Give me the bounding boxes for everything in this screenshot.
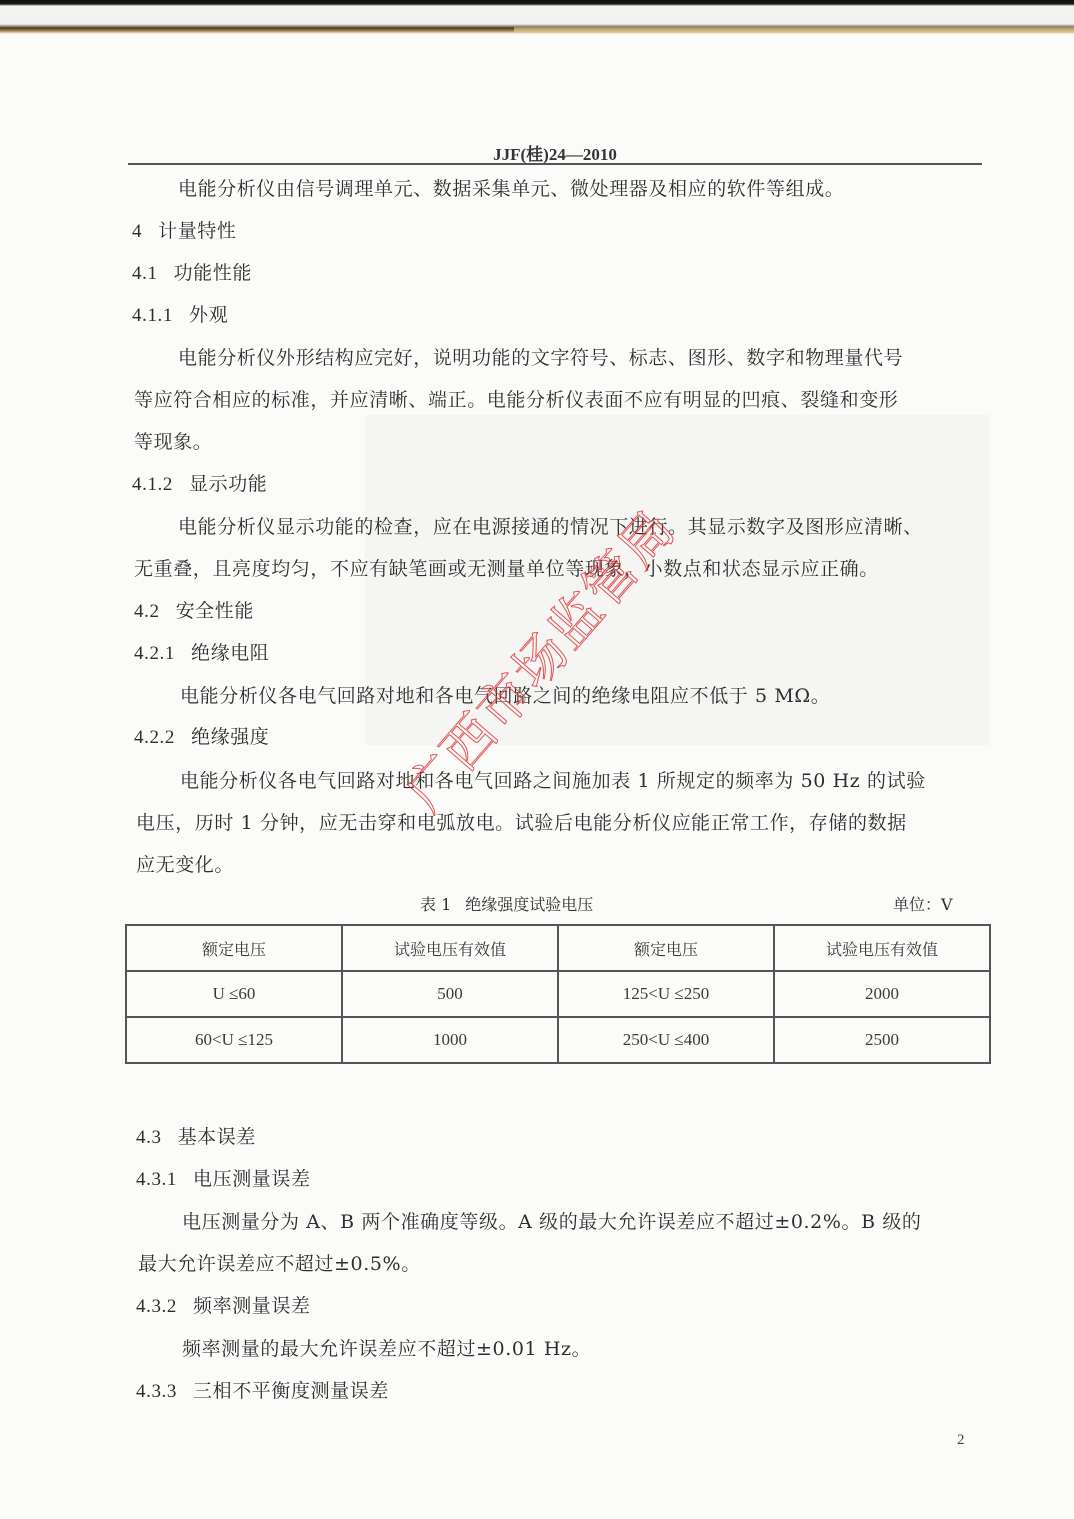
table-header-row: 额定电压 试验电压有效值 额定电压 试验电压有效值 bbox=[126, 925, 990, 971]
section-number: 4.3 bbox=[136, 1127, 162, 1149]
section-title: 绝缘电阻 bbox=[191, 642, 269, 664]
section-number: 4.1.1 bbox=[132, 305, 173, 327]
table-row: U ≤60 500 125<U ≤250 2000 bbox=[126, 971, 990, 1017]
voltage-error-paragraph-line-2: 最大允许误差应不超过±0.5%。 bbox=[138, 1249, 421, 1276]
section-4-1-1-heading: 4.1.1外观 bbox=[132, 300, 228, 327]
appearance-paragraph-line-2: 等应符合相应的标准，并应清晰、端正。电能分析仪表面不应有明显的凹痕、裂缝和变形 bbox=[134, 385, 898, 412]
table-cell: 500 bbox=[342, 971, 558, 1017]
table-cell: 250<U ≤400 bbox=[558, 1017, 774, 1063]
table-1-caption: 表 1绝缘强度试验电压 bbox=[420, 892, 593, 915]
section-number: 4.2.1 bbox=[134, 643, 175, 665]
appearance-paragraph-line-1: 电能分析仪外形结构应完好，说明功能的文字符号、标志、图形、数字和物理量代号 bbox=[178, 343, 903, 370]
insulation-strength-paragraph-line-3: 应无变化。 bbox=[136, 850, 234, 877]
voltage-error-paragraph-line-1: 电压测量分为 A、B 两个准确度等级。A 级的最大允许误差应不超过±0.2%。B… bbox=[182, 1207, 922, 1234]
table-caption-number: 表 1 bbox=[420, 895, 451, 914]
table-cell: 2000 bbox=[774, 971, 990, 1017]
table-header-cell: 试验电压有效值 bbox=[342, 925, 558, 971]
insulation-strength-table: 额定电压 试验电压有效值 额定电压 试验电压有效值 U ≤60 500 125<… bbox=[125, 924, 991, 1064]
table-cell: U ≤60 bbox=[126, 971, 342, 1017]
table-row: 60<U ≤125 1000 250<U ≤400 2500 bbox=[126, 1017, 990, 1063]
section-title: 外观 bbox=[189, 304, 228, 326]
section-title: 三相不平衡度测量误差 bbox=[193, 1380, 389, 1402]
section-title: 显示功能 bbox=[189, 473, 267, 495]
display-paragraph-line-1: 电能分析仪显示功能的检查，应在电源接通的情况下进行。其显示数字及图形应清晰、 bbox=[178, 512, 923, 539]
table-cell: 125<U ≤250 bbox=[558, 971, 774, 1017]
section-title: 基本误差 bbox=[178, 1126, 256, 1148]
scan-edge-tint bbox=[514, 0, 1074, 34]
section-4-2-2-heading: 4.2.2绝缘强度 bbox=[134, 722, 269, 749]
section-title: 绝缘强度 bbox=[191, 726, 269, 748]
table-header-cell: 额定电压 bbox=[558, 925, 774, 971]
section-title: 频率测量误差 bbox=[193, 1295, 311, 1317]
table-cell: 1000 bbox=[342, 1017, 558, 1063]
intro-paragraph: 电能分析仪由信号调理单元、数据采集单元、微处理器及相应的软件等组成。 bbox=[178, 174, 844, 201]
section-title: 功能性能 bbox=[174, 262, 252, 284]
section-number: 4.1 bbox=[132, 263, 158, 285]
section-number: 4.3.3 bbox=[136, 1381, 177, 1403]
section-4-3-1-heading: 4.3.1电压测量误差 bbox=[136, 1164, 311, 1191]
section-4-2-heading: 4.2安全性能 bbox=[134, 596, 254, 623]
section-4-3-2-heading: 4.3.2频率测量误差 bbox=[136, 1291, 311, 1318]
table-cell: 60<U ≤125 bbox=[126, 1017, 342, 1063]
section-4-2-1-heading: 4.2.1绝缘电阻 bbox=[134, 638, 269, 665]
section-4-heading: 4计量特性 bbox=[132, 216, 237, 243]
header-rule bbox=[128, 163, 982, 165]
section-number: 4.2 bbox=[134, 601, 160, 623]
table-header-cell: 额定电压 bbox=[126, 925, 342, 971]
appearance-paragraph-line-3: 等现象。 bbox=[134, 427, 212, 454]
section-number: 4.2.2 bbox=[134, 727, 175, 749]
section-4-3-heading: 4.3基本误差 bbox=[136, 1122, 256, 1149]
section-4-1-2-heading: 4.1.2显示功能 bbox=[132, 469, 267, 496]
insulation-strength-paragraph-line-1: 电能分析仪各电气回路对地和各电气回路之间施加表 1 所规定的频率为 50 Hz … bbox=[180, 766, 926, 793]
section-number: 4.1.2 bbox=[132, 474, 173, 496]
table-1-unit: 单位：V bbox=[893, 892, 953, 915]
section-title: 计量特性 bbox=[158, 220, 236, 242]
section-title: 电压测量误差 bbox=[193, 1168, 311, 1190]
display-paragraph-line-2: 无重叠，且亮度均匀，不应有缺笔画或无测量单位等现象，小数点和状态显示应正确。 bbox=[134, 554, 879, 581]
insulation-resistance-paragraph: 电能分析仪各电气回路对地和各电气回路之间的绝缘电阻应不低于 5 MΩ。 bbox=[180, 681, 830, 708]
frequency-error-paragraph: 频率测量的最大允许误差应不超过±0.01 Hz。 bbox=[182, 1334, 591, 1361]
section-4-1-heading: 4.1功能性能 bbox=[132, 258, 252, 285]
table-header-cell: 试验电压有效值 bbox=[774, 925, 990, 971]
page-number: 2 bbox=[957, 1432, 965, 1449]
section-number: 4.3.1 bbox=[136, 1169, 177, 1191]
insulation-strength-paragraph-line-2: 电压，历时 1 分钟，应无击穿和电弧放电。试验后电能分析仪应能正常工作，存储的数… bbox=[136, 808, 907, 835]
table-cell: 2500 bbox=[774, 1017, 990, 1063]
section-4-3-3-heading: 4.3.3三相不平衡度测量误差 bbox=[136, 1376, 389, 1403]
section-title: 安全性能 bbox=[176, 600, 254, 622]
section-number: 4.3.2 bbox=[136, 1296, 177, 1318]
table-caption-title: 绝缘强度试验电压 bbox=[465, 895, 593, 914]
section-number: 4 bbox=[132, 221, 142, 243]
document-code: JJF(桂)24—2010 bbox=[0, 140, 1074, 165]
